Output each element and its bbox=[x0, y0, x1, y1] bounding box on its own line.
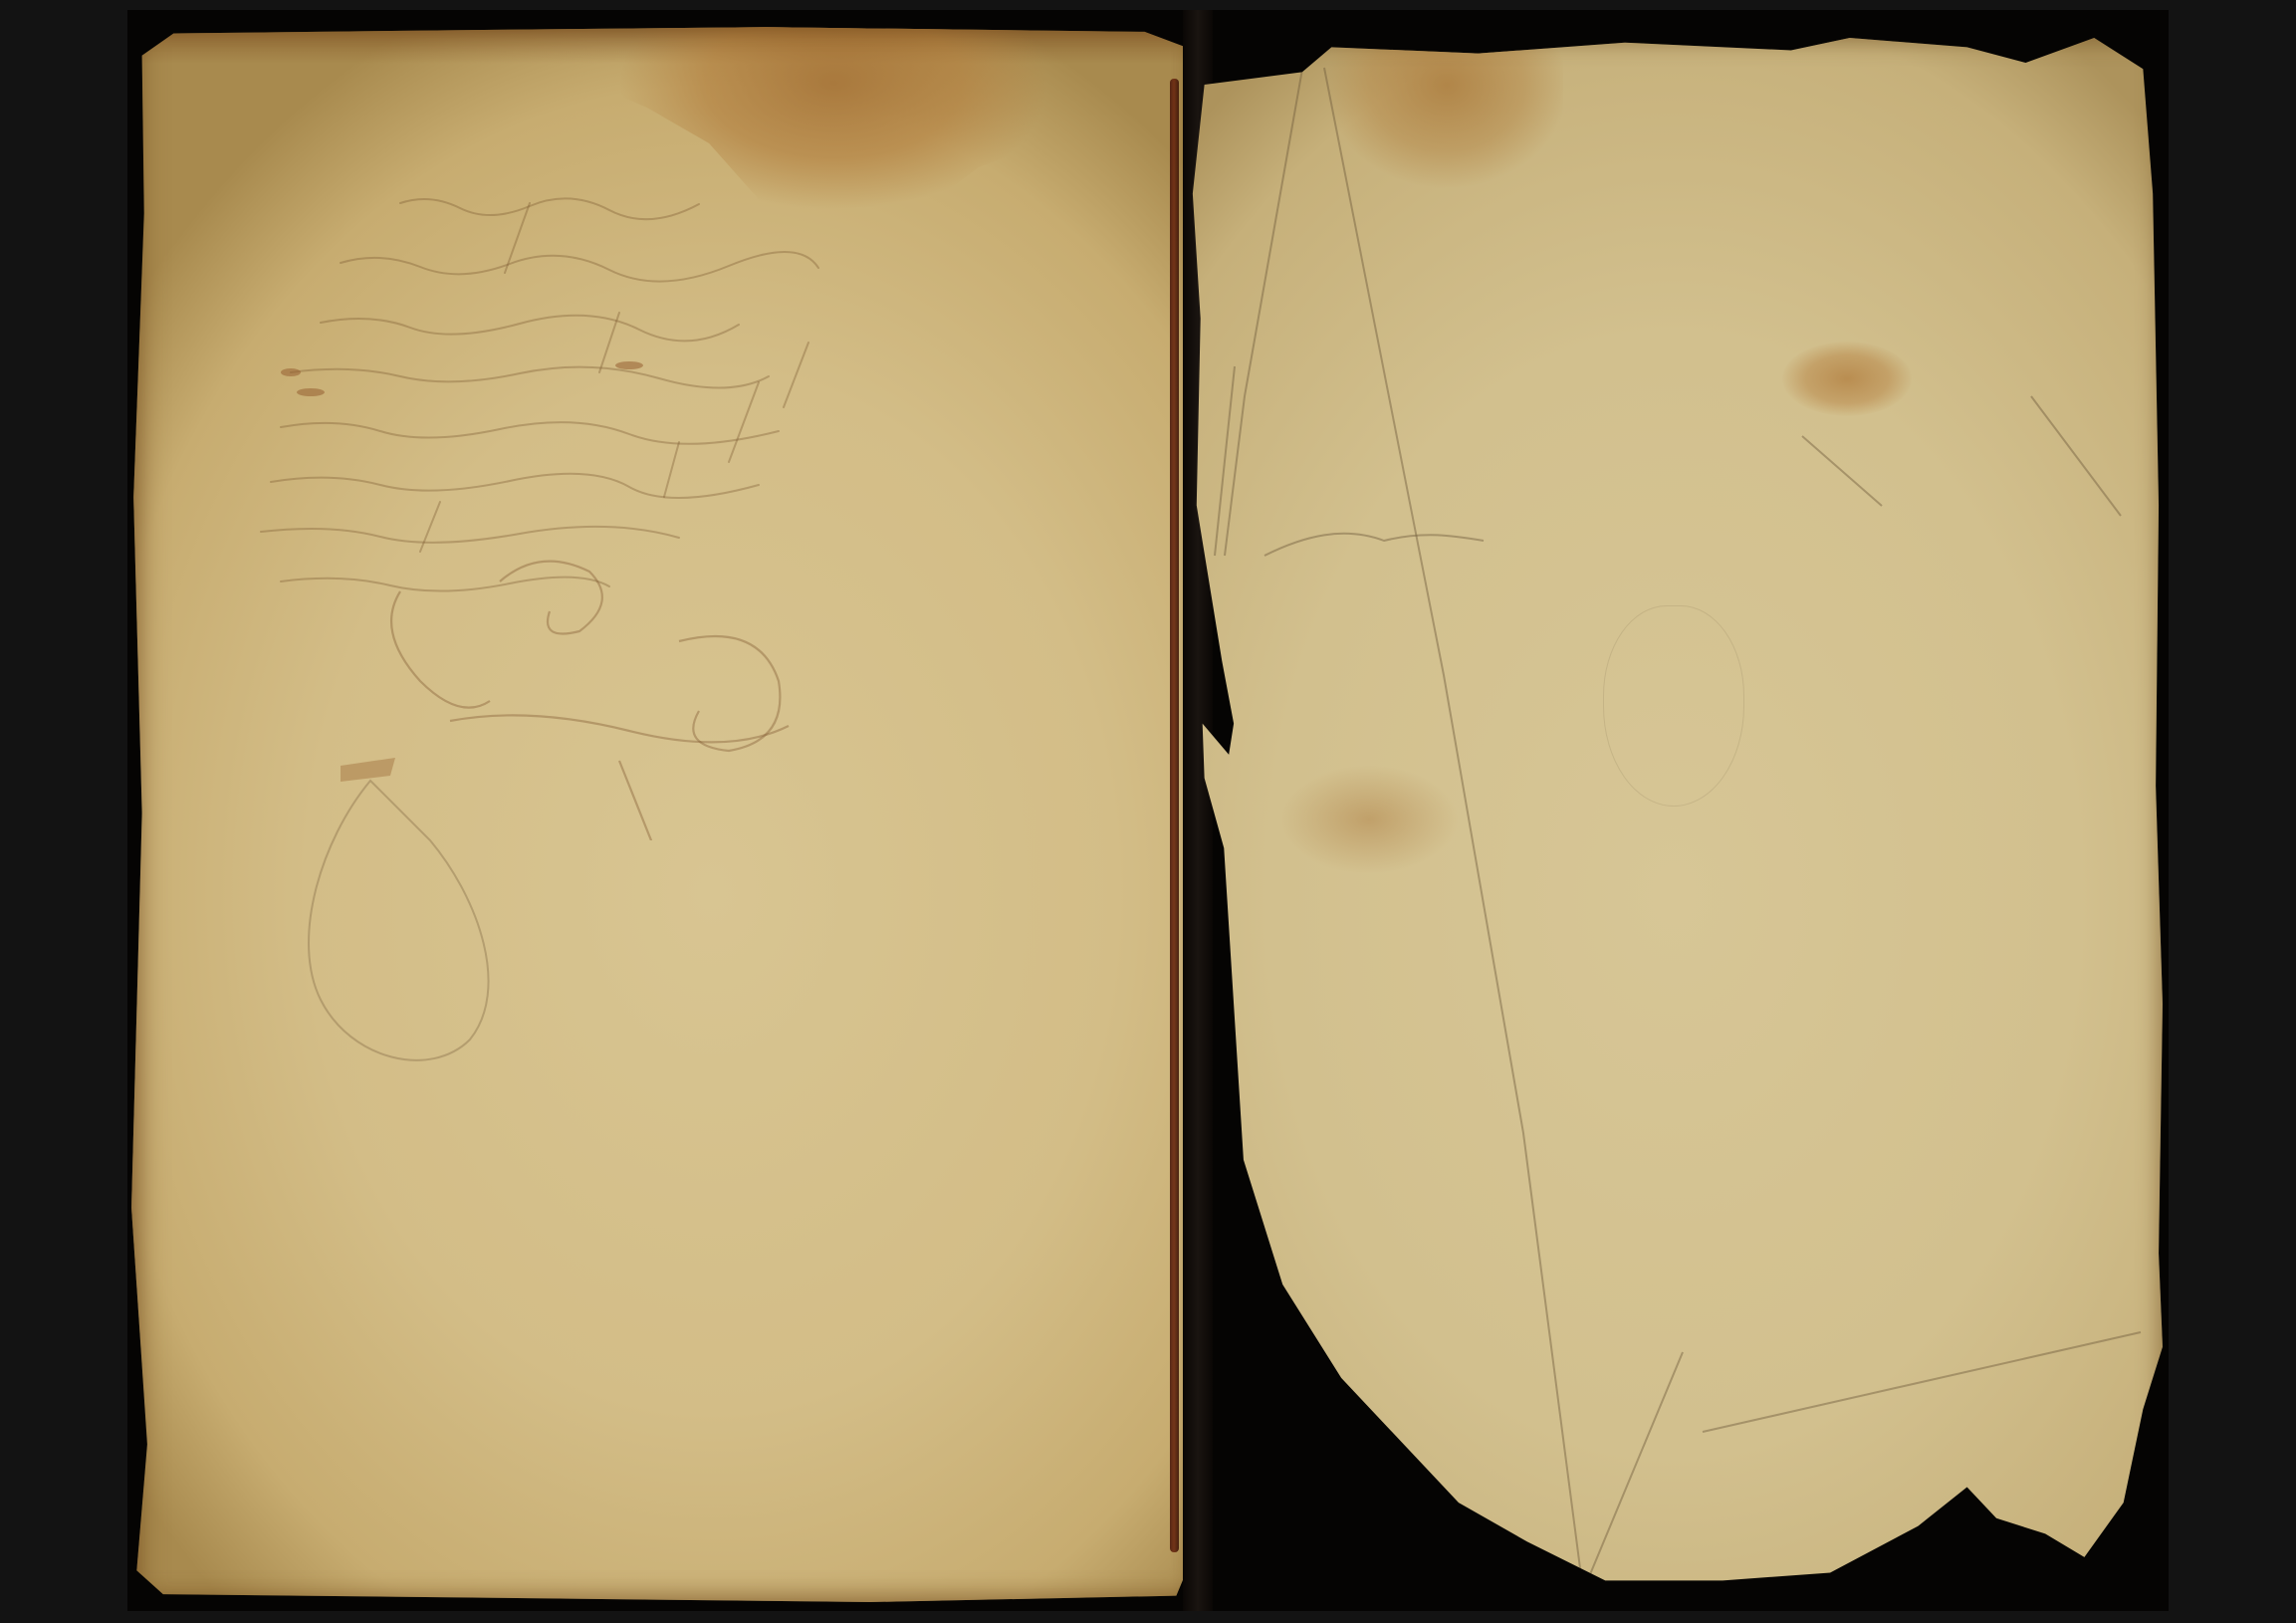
left-page bbox=[131, 24, 1187, 1602]
left-page-edge-shading bbox=[131, 24, 1187, 1602]
right-page bbox=[1185, 38, 2163, 1596]
document-scan bbox=[127, 10, 2169, 1611]
right-page-edge-shading bbox=[1185, 38, 2163, 1596]
